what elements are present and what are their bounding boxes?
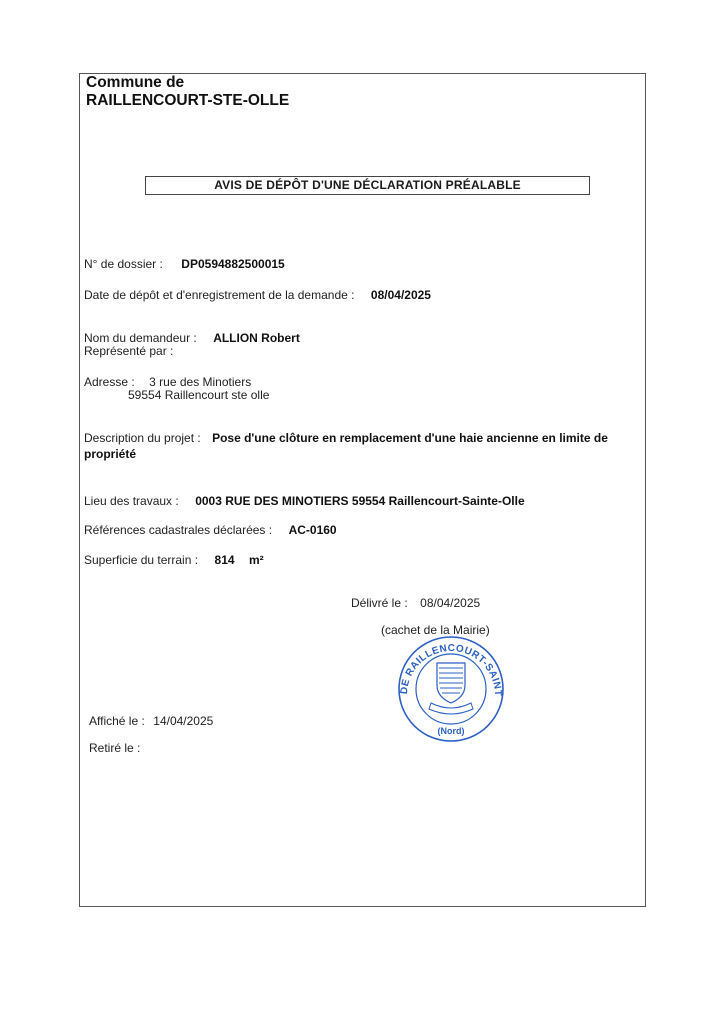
superficie-unit: m² bbox=[249, 553, 264, 567]
lieu-label: Lieu des travaux : bbox=[84, 494, 179, 508]
cadastre-value: AC-0160 bbox=[289, 523, 337, 537]
dossier-value: DP0594882500015 bbox=[181, 257, 284, 271]
document-title: AVIS DE DÉPÔT D'UNE DÉCLARATION PRÉALABL… bbox=[145, 176, 590, 195]
affiche-label: Affiché le : bbox=[89, 714, 145, 728]
description-block: Description du projet : Pose d'une clôtu… bbox=[84, 431, 639, 462]
stamp-text-bottom: (Nord) bbox=[438, 726, 465, 736]
retire-label: Retiré le : bbox=[89, 741, 140, 755]
depot-row: Date de dépôt et d'enregistrement de la … bbox=[84, 286, 431, 304]
mairie-stamp: MAIRIE DE RAILLENCOURT-SAINTE OLLE (Nord… bbox=[393, 633, 509, 743]
depot-label: Date de dépôt et d'enregistrement de la … bbox=[84, 288, 354, 302]
dossier-label: N° de dossier : bbox=[84, 257, 163, 271]
delivre-value: 08/04/2025 bbox=[420, 596, 480, 610]
coat-of-arms-icon bbox=[429, 663, 473, 714]
commune-line1: Commune de bbox=[86, 74, 289, 92]
represente-label: Représenté par : bbox=[84, 344, 173, 358]
commune-name: RAILLENCOURT-STE-OLLE bbox=[86, 92, 289, 110]
delivre-row: Délivré le : 08/04/2025 bbox=[351, 594, 480, 612]
affiche-row: Affiché le : 14/04/2025 bbox=[89, 712, 213, 730]
superficie-value: 814 bbox=[215, 553, 235, 567]
superficie-label: Superficie du terrain : bbox=[84, 553, 198, 567]
affiche-value: 14/04/2025 bbox=[153, 714, 213, 728]
lieu-row: Lieu des travaux : 0003 RUE DES MINOTIER… bbox=[84, 492, 525, 510]
delivre-label: Délivré le : bbox=[351, 596, 408, 610]
depot-value: 08/04/2025 bbox=[371, 288, 431, 302]
document-frame bbox=[79, 73, 646, 907]
adresse-label: Adresse : bbox=[84, 375, 135, 389]
lieu-value: 0003 RUE DES MINOTIERS 59554 Raillencour… bbox=[195, 494, 524, 508]
superficie-row: Superficie du terrain : 814 m² bbox=[84, 551, 264, 569]
description-label: Description du projet : bbox=[84, 431, 201, 445]
commune-header: Commune de RAILLENCOURT-STE-OLLE bbox=[86, 74, 289, 110]
adresse-line1: 3 rue des Minotiers bbox=[149, 375, 251, 389]
demandeur-value: ALLION Robert bbox=[213, 331, 300, 345]
demandeur-label: Nom du demandeur : bbox=[84, 331, 197, 345]
adresse-line2: 59554 Raillencourt ste olle bbox=[128, 388, 269, 402]
dossier-row: N° de dossier : DP0594882500015 bbox=[84, 255, 285, 273]
cadastre-row: Références cadastrales déclarées : AC-01… bbox=[84, 521, 337, 539]
cadastre-label: Références cadastrales déclarées : bbox=[84, 523, 272, 537]
